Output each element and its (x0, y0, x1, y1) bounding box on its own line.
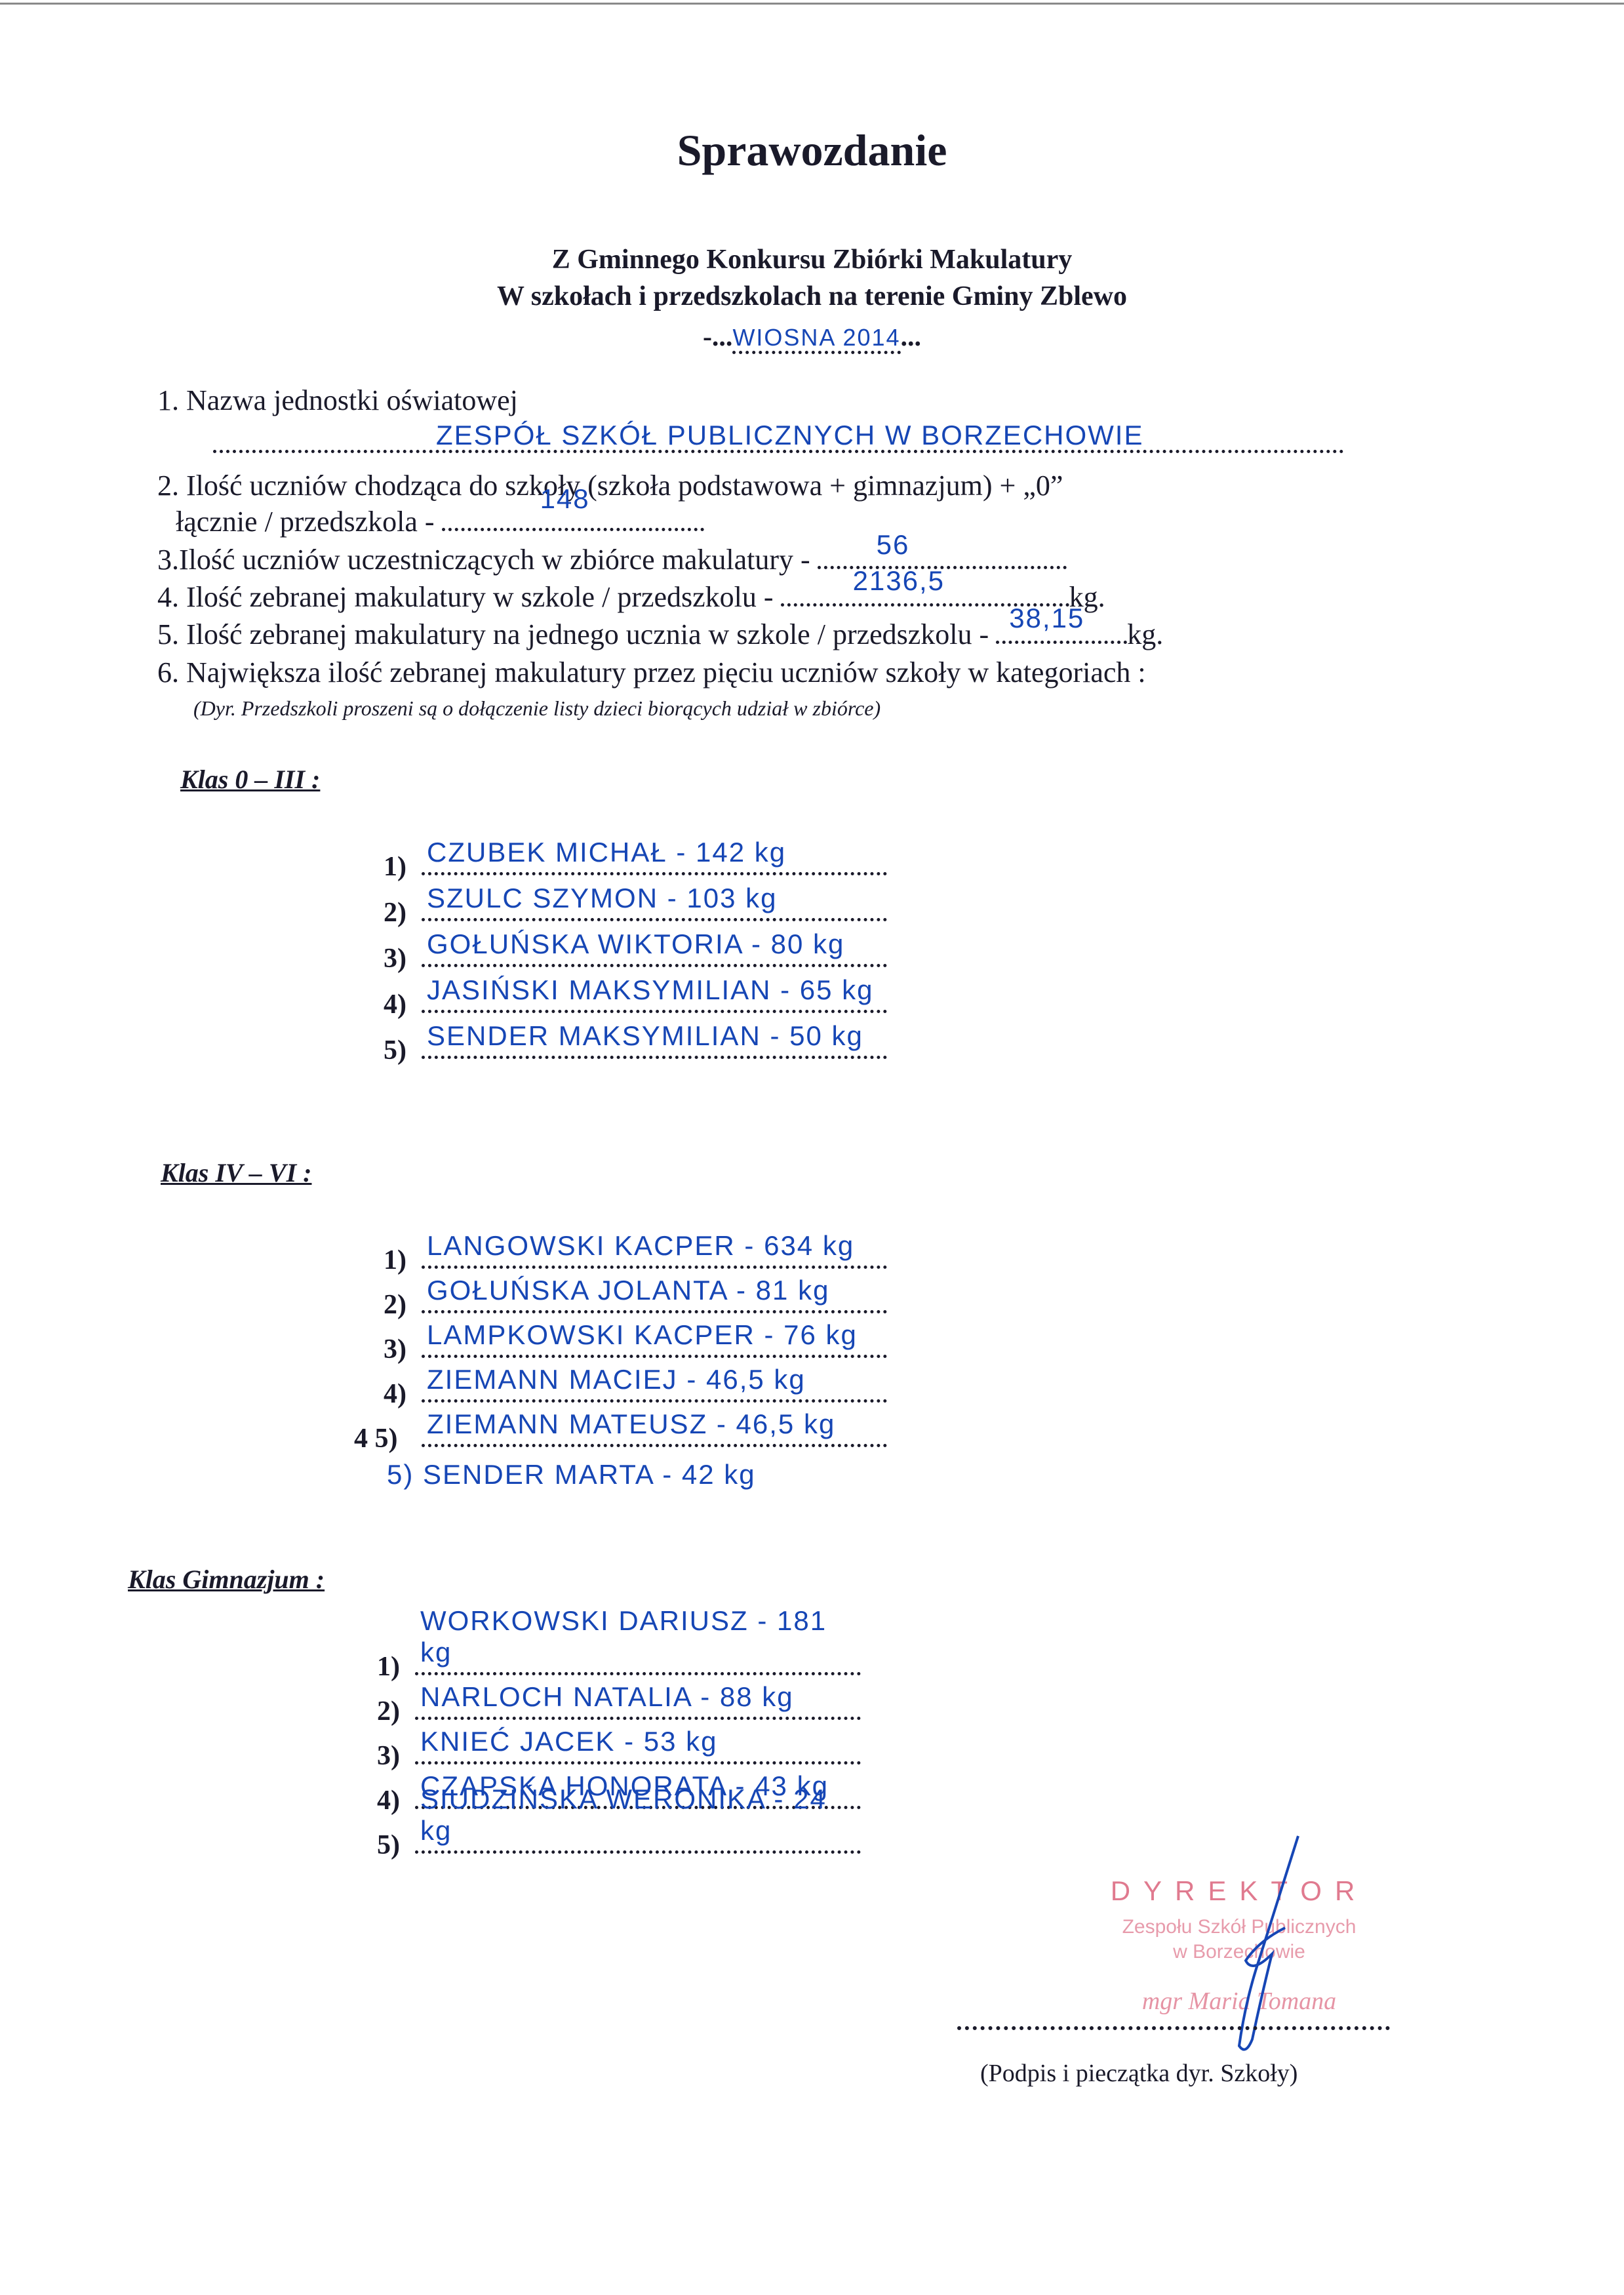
subtitle-line-1: Z Gminnego Konkursu Zbiórki Makulatury (0, 244, 1624, 275)
item2-label-line1: 2. Ilość uczniów chodząca do szkoły (szk… (157, 469, 1063, 502)
item2-field: 148 (442, 507, 704, 531)
item4-label-text: 4. Ilość zebranej makulatury w szkole / … (157, 581, 781, 613)
date-line: -...WIOSNA 2014... (0, 321, 1624, 353)
list-item: 2)NARLOCH NATALIA - 88 kg (377, 1690, 861, 1727)
list-item: 2)GOŁUŃSKA JOLANTA - 81 kg (384, 1284, 887, 1321)
list-item: 4 5)ZIEMANN MATEUSZ - 46,5 kg (354, 1418, 887, 1454)
item4-label: 4. Ilość zebranej makulatury w szkole / … (157, 580, 1105, 614)
date-prefix: -... (703, 322, 733, 352)
list-item: 3)LAMPKOWSKI KACPER - 76 kg (384, 1328, 887, 1365)
signature-caption: (Podpis i pieczątka dyr. Szkoły) (980, 2059, 1297, 2088)
item2-value: 148 (540, 483, 590, 515)
date-suffix: ... (901, 322, 922, 352)
item1-label: 1. Nazwa jednostki oświatowej (157, 384, 518, 417)
item1-field: ZESPÓŁ SZKÓŁ PUBLICZNYCH W BORZECHOWIE (213, 426, 1344, 453)
item2-label-text: łącznie / przedszkola - (176, 506, 442, 538)
item1-value: ZESPÓŁ SZKÓŁ PUBLICZNYCH W BORZECHOWIE (436, 420, 1143, 451)
section-klas-gimnazjum: Klas Gimnazjum : (128, 1564, 325, 1595)
section-klas-0-3: Klas 0 – III : (180, 764, 320, 795)
signature-line (957, 2026, 1390, 2030)
item5-field: 38,15 (996, 620, 1127, 644)
item5-label: 5. Ilość zebranej makulatury na jednego … (157, 618, 1163, 651)
item3-value: 56 (877, 529, 910, 561)
date-value: WIOSNA 2014 (732, 324, 900, 354)
list-item-extra: 5) SENDER MARTA - 42 kg (387, 1459, 756, 1490)
item6-label: 6. Największa ilość zebranej makulatury … (157, 656, 1146, 689)
item5-value: 38,15 (1009, 603, 1084, 634)
list-item: 1)CZUBEK MICHAŁ - 142 kg (384, 846, 887, 883)
list-item: 2)SZULC SZYMON - 103 kg (384, 892, 887, 928)
list-item: 4)JASIŃSKI MAKSYMILIAN - 65 kg (384, 984, 887, 1020)
list-item: 5)SENDER MAKSYMILIAN - 50 kg (384, 1029, 887, 1066)
subtitle-line-2: W szkołach i przedszkolach na terenie Gm… (0, 281, 1624, 312)
item3-label-text: 3.Ilość uczniów uczestniczących w zbiórc… (157, 544, 818, 576)
item4-value: 2136,5 (853, 565, 945, 597)
list-item: 1)WORKOWSKI DARIUSZ - 181 kg (377, 1646, 861, 1683)
page-title: Sprawozdanie (0, 125, 1624, 176)
signature-icon (1200, 1829, 1331, 2052)
list-item: 4)ZIEMANN MACIEJ - 46,5 kg (384, 1373, 887, 1410)
item2-label-line2: łącznie / przedszkola - 148 (176, 505, 704, 538)
list-item: 3)GOŁUŃSKA WIKTORIA - 80 kg (384, 938, 887, 974)
item5-unit: kg. (1127, 618, 1163, 650)
list-item: 3)KNIEĆ JACEK - 53 kg (377, 1735, 861, 1772)
section-klas-4-6: Klas IV – VI : (161, 1157, 311, 1188)
item6-note: (Dyr. Przedszkoli proszeni są o dołączen… (193, 696, 881, 721)
scan-edge-line (0, 3, 1624, 5)
item5-label-text: 5. Ilość zebranej makulatury na jednego … (157, 618, 996, 650)
list-item: 5)SIUDZIŃSKA WERONIKA - 24 kg (377, 1824, 861, 1861)
list-item: 1)LANGOWSKI KACPER - 634 kg (384, 1239, 887, 1276)
